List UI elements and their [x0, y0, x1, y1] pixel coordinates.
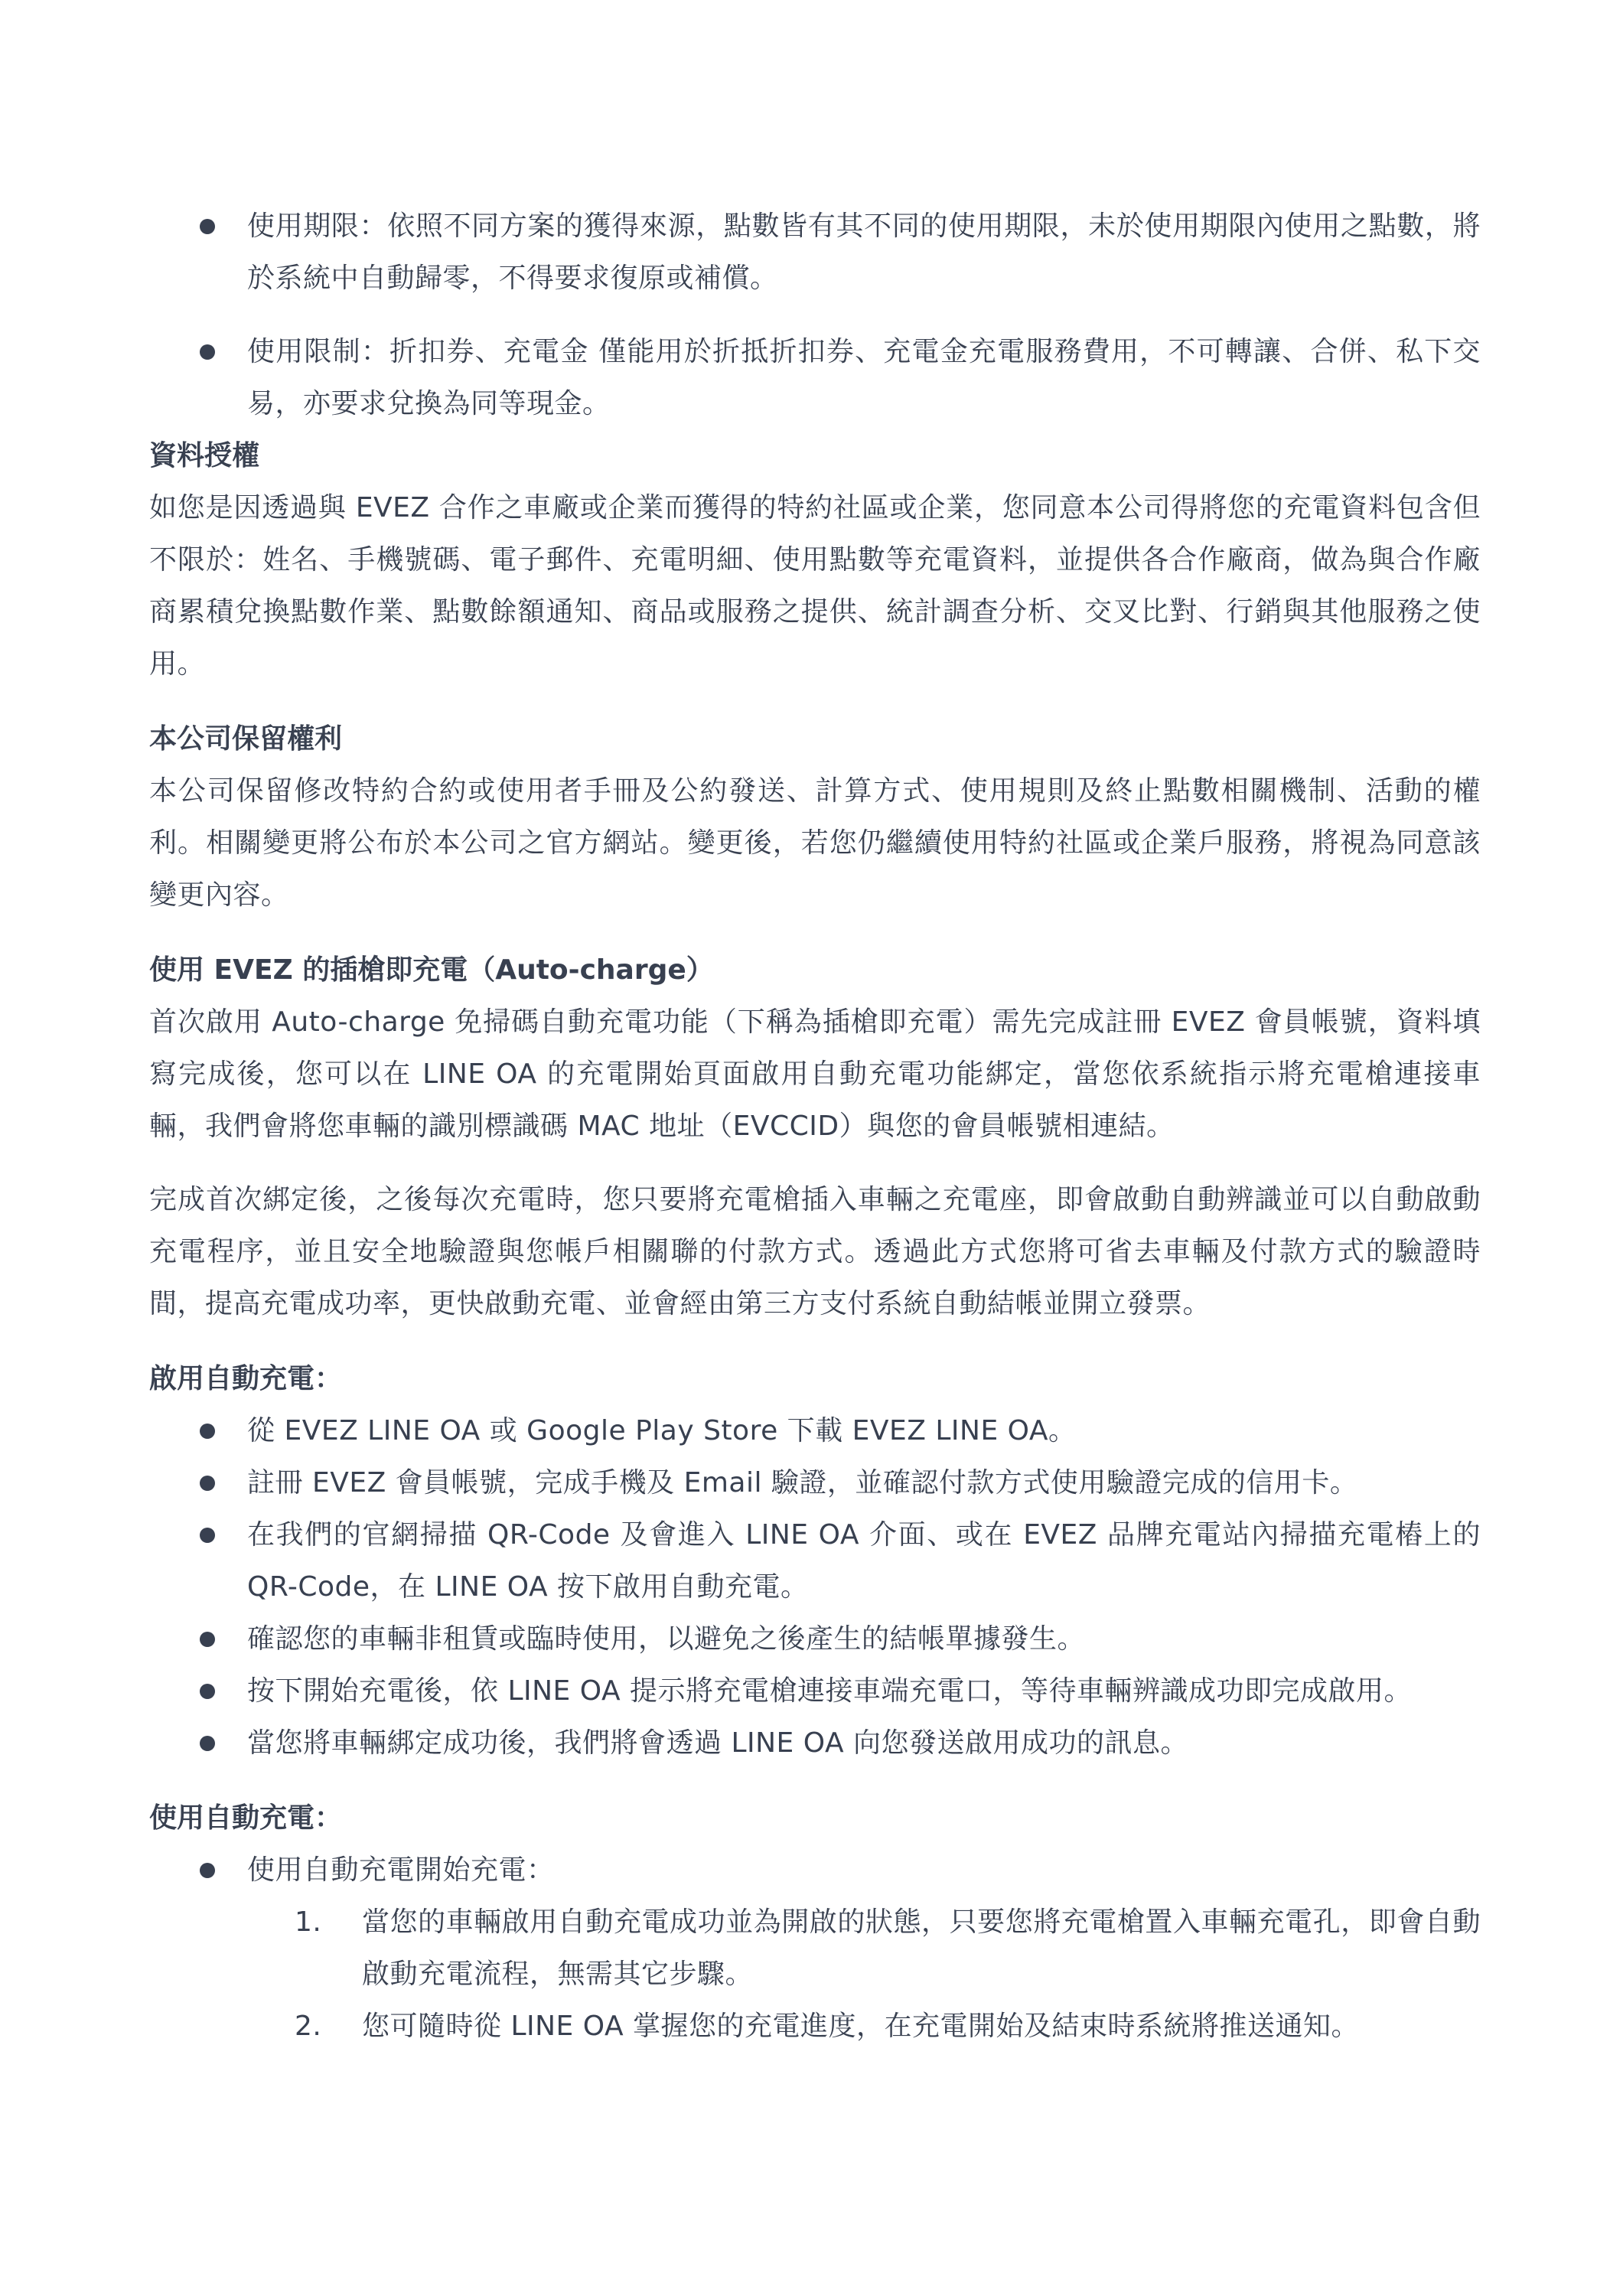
bullet-icon	[200, 1684, 215, 1699]
list-item-text: 當您將車輛綁定成功後，我們將會透過 LINE OA 向您發送啟用成功的訊息。	[247, 1727, 1188, 1759]
bullet-icon	[200, 1863, 215, 1878]
numbered-step: 1. 當您的車輛啟用自動充電成功並為開啟的狀態，只要您將充電槍置入車輛充電孔，即…	[149, 1896, 1481, 2001]
bullet-icon	[200, 1736, 215, 1751]
list-item: 註冊 EVEZ 會員帳號，完成手機及 Email 驗證，並確認付款方式使用驗證完…	[149, 1457, 1481, 1509]
numbered-steps-list: 1. 當您的車輛啟用自動充電成功並為開啟的狀態，只要您將充電槍置入車輛充電孔，即…	[149, 1896, 1481, 2053]
bullet-icon	[200, 1528, 215, 1543]
auto-charge-section: 使用 EVEZ 的插槍即充電（Auto-charge） 首次啟用 Auto-ch…	[149, 944, 1481, 1330]
list-item-text: 按下開始充電後，依 LINE OA 提示將充電槍連接車端充電口，等待車輛辨識成功…	[247, 1675, 1412, 1707]
list-item-text: 使用期限：依照不同方案的獲得來源，點數皆有其不同的使用期限，未於使用期限內使用之…	[247, 210, 1481, 294]
section-heading: 啟用自動充電：	[149, 1353, 1481, 1405]
list-item: 確認您的車輛非租賃或臨時使用，以避免之後產生的結帳單據發生。	[149, 1613, 1481, 1665]
list-item: 使用自動充電開始充電：	[149, 1844, 1481, 1896]
list-item-text: 從 EVEZ LINE OA 或 Google Play Store 下載 EV…	[247, 1415, 1076, 1446]
step-text: 您可隨時從 LINE OA 掌握您的充電進度，在充電開始及結束時系統將推送通知。	[362, 2011, 1359, 2042]
bullet-icon	[200, 1632, 215, 1647]
list-item-text: 使用限制：折扣券、充電金 僅能用於折抵折扣券、充電金充電服務費用，不可轉讓、合併…	[247, 336, 1481, 419]
list-item-text: 在我們的官網掃描 QR-Code 及會進入 LINE OA 介面、或在 EVEZ…	[247, 1519, 1481, 1603]
list-item: 當您將車輛綁定成功後，我們將會透過 LINE OA 向您發送啟用成功的訊息。	[149, 1717, 1481, 1769]
section-heading: 使用自動充電：	[149, 1792, 1481, 1844]
step-number: 1.	[295, 1896, 321, 1949]
list-item: 在我們的官網掃描 QR-Code 及會進入 LINE OA 介面、或在 EVEZ…	[149, 1509, 1481, 1613]
document-page: 使用期限：依照不同方案的獲得來源，點數皆有其不同的使用期限，未於使用期限內使用之…	[149, 201, 1481, 2076]
section-body: 如您是因透過與 EVEZ 合作之車廠或企業而獲得的特約社區或企業，您同意本公司得…	[149, 482, 1481, 690]
list-item-usage-period: 使用期限：依照不同方案的獲得來源，點數皆有其不同的使用期限，未於使用期限內使用之…	[149, 201, 1481, 305]
section-heading: 本公司保留權利	[149, 713, 1481, 765]
list-item-text: 確認您的車輛非租賃或臨時使用，以避免之後產生的結帳單據發生。	[247, 1623, 1085, 1655]
list-item-text: 使用自動充電開始充電：	[247, 1854, 555, 1886]
use-steps-list: 使用自動充電開始充電：	[149, 1844, 1481, 1896]
list-item: 按下開始充電後，依 LINE OA 提示將充電槍連接車端充電口，等待車輛辨識成功…	[149, 1665, 1481, 1717]
numbered-step: 2. 您可隨時從 LINE OA 掌握您的充電進度，在充電開始及結束時系統將推送…	[149, 2001, 1481, 2053]
section-body-paragraph-2: 完成首次綁定後，之後每次充電時，您只要將充電槍插入車輛之充電座，即會啟動自動辨識…	[149, 1174, 1481, 1330]
section-body: 本公司保留修改特約合約或使用者手冊及公約發送、計算方式、使用規則及終止點數相關機…	[149, 765, 1481, 921]
bullet-icon	[200, 344, 215, 360]
bullet-icon	[200, 1476, 215, 1491]
list-item: 從 EVEZ LINE OA 或 Google Play Store 下載 EV…	[149, 1405, 1481, 1457]
bullet-icon	[200, 1424, 215, 1439]
data-authorization-section: 資料授權 如您是因透過與 EVEZ 合作之車廠或企業而獲得的特約社區或企業，您同…	[149, 430, 1481, 690]
step-text: 當您的車輛啟用自動充電成功並為開啟的狀態，只要您將充電槍置入車輛充電孔，即會自動…	[362, 1906, 1481, 1990]
step-number: 2.	[295, 2001, 321, 2053]
enable-steps-list: 從 EVEZ LINE OA 或 Google Play Store 下載 EV…	[149, 1405, 1481, 1769]
enable-auto-charge-section: 啟用自動充電： 從 EVEZ LINE OA 或 Google Play Sto…	[149, 1353, 1481, 1769]
section-heading: 資料授權	[149, 430, 1481, 482]
rights-reserved-section: 本公司保留權利 本公司保留修改特約合約或使用者手冊及公約發送、計算方式、使用規則…	[149, 713, 1481, 921]
bullet-icon	[200, 219, 215, 234]
list-item-text: 註冊 EVEZ 會員帳號，完成手機及 Email 驗證，並確認付款方式使用驗證完…	[247, 1467, 1357, 1499]
list-item-usage-restriction: 使用限制：折扣券、充電金 僅能用於折抵折扣券、充電金充電服務費用，不可轉讓、合併…	[149, 326, 1481, 430]
points-rules-list: 使用期限：依照不同方案的獲得來源，點數皆有其不同的使用期限，未於使用期限內使用之…	[149, 201, 1481, 430]
section-heading: 使用 EVEZ 的插槍即充電（Auto-charge）	[149, 944, 1481, 996]
section-body-paragraph-1: 首次啟用 Auto-charge 免掃碼自動充電功能（下稱為插槍即充電）需先完成…	[149, 996, 1481, 1153]
use-auto-charge-section: 使用自動充電： 使用自動充電開始充電： 1. 當您的車輛啟用自動充電成功並為開啟…	[149, 1792, 1481, 2053]
